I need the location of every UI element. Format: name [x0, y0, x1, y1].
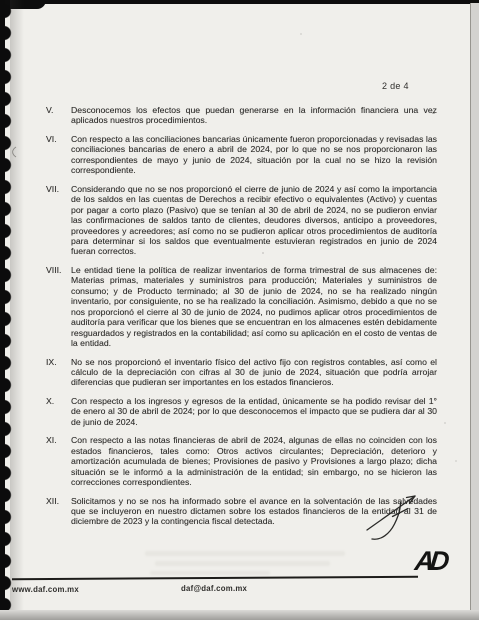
- page-right-edge: [470, 3, 479, 612]
- paragraph-text: Desconocemos los efectos que puedan gene…: [71, 105, 437, 126]
- paragraph-text: Con respecto a las notas financieras de …: [71, 435, 437, 487]
- scan-top-edge: [14, 0, 479, 4]
- footer-rule: [12, 576, 418, 580]
- ad-logo: AD: [414, 547, 447, 575]
- scan-speck: [352, 312, 354, 314]
- scan-left-shadow: [10, 0, 24, 620]
- paragraph-numeral: V.: [46, 105, 71, 126]
- scan-speck: [300, 33, 302, 35]
- paragraph-xi: XI. Con respecto a las notas financieras…: [46, 435, 437, 487]
- scan-speck: [455, 460, 457, 462]
- paragraph-text: Considerando que no se nos proporcionó e…: [71, 184, 437, 257]
- footer-website: www.daf.com.mx: [12, 585, 79, 594]
- bleed-through-ghost: [145, 551, 345, 556]
- paragraph-text: Con respecto a las conciliaciones bancar…: [71, 134, 437, 176]
- footer-email: daf@daf.com.mx: [181, 584, 247, 593]
- page-number: 2 de 4: [382, 81, 409, 91]
- scanned-document-page: 2 de 4 V. Desconocemos los efectos que p…: [0, 0, 479, 620]
- scan-speck: [262, 252, 264, 254]
- margin-pen-mark-icon: [10, 146, 18, 158]
- scan-speck: [432, 112, 435, 114]
- paragraph-numeral: VIII.: [46, 265, 71, 349]
- paragraph-numeral: IX.: [46, 357, 71, 388]
- document-body: V. Desconocemos los efectos que puedan g…: [46, 105, 437, 535]
- paragraph-numeral: VII.: [46, 184, 71, 257]
- scan-speck: [444, 422, 446, 424]
- paragraph-numeral: VI.: [46, 134, 71, 176]
- paragraph-v: V. Desconocemos los efectos que puedan g…: [46, 105, 437, 126]
- paragraph-viii: VIII. Le entidad tiene la política de re…: [46, 265, 437, 349]
- paragraph-vi: VI. Con respecto a las conciliaciones ba…: [46, 134, 437, 176]
- paragraph-text: No se nos proporcionó el inventario físi…: [71, 357, 437, 388]
- bleed-through-ghost: [155, 561, 330, 566]
- paragraph-text: Con respecto a los ingresos y egresos de…: [71, 396, 437, 427]
- paragraph-numeral: X.: [46, 396, 71, 427]
- signature-scribble-icon: [363, 486, 425, 546]
- paragraph-numeral: XII.: [46, 496, 71, 527]
- bleed-through-ghost: [150, 571, 270, 575]
- paragraph-vii: VII. Considerando que no se nos proporci…: [46, 184, 437, 257]
- paragraph-text: Le entidad tiene la política de realizar…: [71, 265, 437, 349]
- paragraph-numeral: XI.: [46, 435, 71, 487]
- scan-bottom-edge: [0, 610, 479, 620]
- paragraph-x: X. Con respecto a los ingresos y egresos…: [46, 396, 437, 427]
- paragraph-ix: IX. No se nos proporcionó el inventario …: [46, 357, 437, 388]
